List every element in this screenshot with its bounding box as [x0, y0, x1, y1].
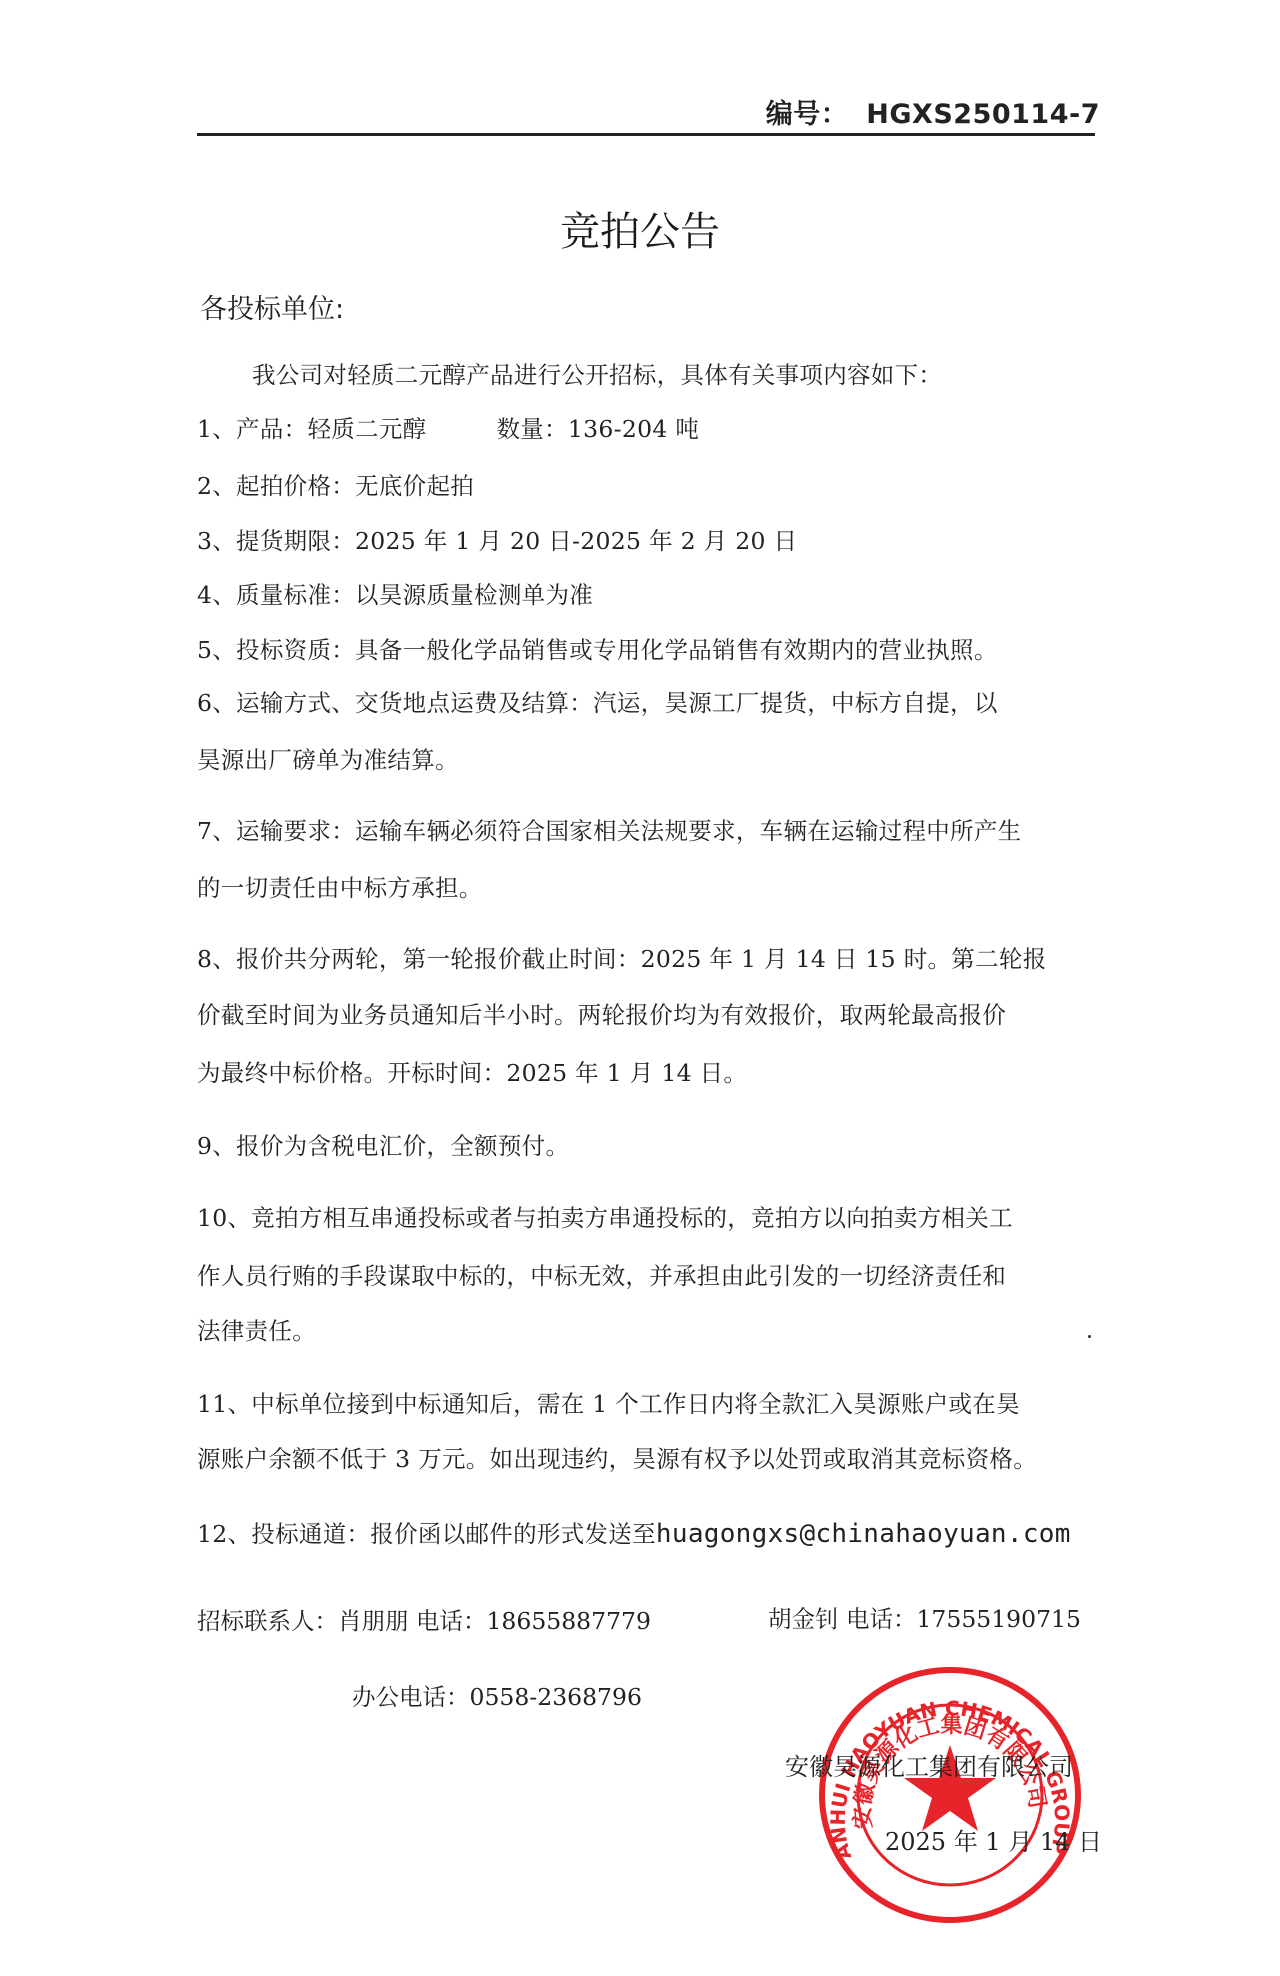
item-2: 2、起拍价格：无底价起拍: [197, 467, 474, 501]
item-10-line-2: 作人员行贿的手段谋取中标的，中标无效，并承担由此引发的一切经济责任和: [197, 1257, 1006, 1291]
item-1: 1、产品：轻质二元醇数量：136-204 吨: [197, 410, 699, 444]
item-1-product: 1、产品：轻质二元醇: [197, 415, 426, 443]
item-3: 3、提货期限：2025 年 1 月 20 日-2025 年 2 月 20 日: [197, 522, 797, 556]
item-1-quantity: 数量：136-204 吨: [496, 415, 699, 443]
item-12-text: 12、投标通道：报价函以邮件的形式发送至: [197, 1520, 656, 1548]
document-number: 编号：HGXS250114-7: [766, 92, 1100, 131]
office-phone: 办公电话：0558-2368796: [352, 1678, 642, 1712]
item-6-line-1: 6、运输方式、交货地点运费及结算：汽运，昊源工厂提货，中标方自提，以: [197, 684, 998, 718]
item-5: 5、投标资质：具备一般化学品销售或专用化学品销售有效期内的营业执照。: [197, 631, 998, 665]
item-8-line-2: 价截至时间为业务员通知后半小时。两轮报价均为有效报价，取两轮最高报价: [197, 996, 1006, 1030]
item-6-line-2: 昊源出厂磅单为准结算。: [197, 741, 459, 775]
item-8-line-1: 8、报价共分两轮，第一轮报价截止时间：2025 年 1 月 14 日 15 时。…: [197, 940, 1047, 974]
greeting: 各投标单位:: [200, 287, 344, 326]
item-9: 9、报价为含税电汇价，全额预付。: [197, 1127, 569, 1161]
header-divider: [197, 133, 1095, 136]
document-number-label: 编号：: [766, 99, 849, 130]
contact-1: 招标联系人：肖朋朋 电话：18655887779: [197, 1602, 651, 1636]
signature-company: 安徽昊源化工集团有限公司: [785, 1747, 1073, 1782]
page-title: 竞拍公告: [0, 200, 1280, 257]
company-seal-icon: ANHUI HAOYUAN CHEMICAL GROUP CO., LTD. 安…: [780, 1635, 1120, 1945]
item-11-line-2: 源账户余额不低于 3 万元。如出现违约，昊源有权予以处罚或取消其竞标资格。: [197, 1440, 1037, 1474]
item-11-line-1: 11、中标单位接到中标通知后，需在 1 个工作日内将全款汇入昊源账户或在昊: [197, 1385, 1020, 1419]
item-4: 4、质量标准：以昊源质量检测单为准: [197, 576, 593, 610]
item-8-line-3: 为最终中标价格。开标时间：2025 年 1 月 14 日。: [197, 1054, 747, 1088]
item-7-line-1: 7、运输要求：运输车辆必须符合国家相关法规要求，车辆在运输过程中所产生: [197, 812, 1021, 846]
stray-mark: [1088, 1335, 1091, 1338]
contact-2: 胡金钊 电话：17555190715: [768, 1600, 1081, 1634]
item-10-line-1: 10、竞拍方相互串通投标或者与拍卖方串通投标的，竞拍方以向拍卖方相关工: [197, 1199, 1013, 1233]
item-12: 12、投标通道：报价函以邮件的形式发送至huagongxs@chinahaoyu…: [197, 1515, 1071, 1549]
bid-email-link[interactable]: huagongxs@chinahaoyuan.com: [656, 1519, 1071, 1549]
item-7-line-2: 的一切责任由中标方承担。: [197, 869, 483, 903]
signature-date: 2025 年 1 月 14 日: [885, 1822, 1102, 1857]
document-number-value: HGXS250114-7: [866, 99, 1100, 130]
item-10-line-3: 法律责任。: [197, 1312, 316, 1346]
intro-paragraph: 我公司对轻质二元醇产品进行公开招标，具体有关事项内容如下：: [252, 356, 942, 390]
